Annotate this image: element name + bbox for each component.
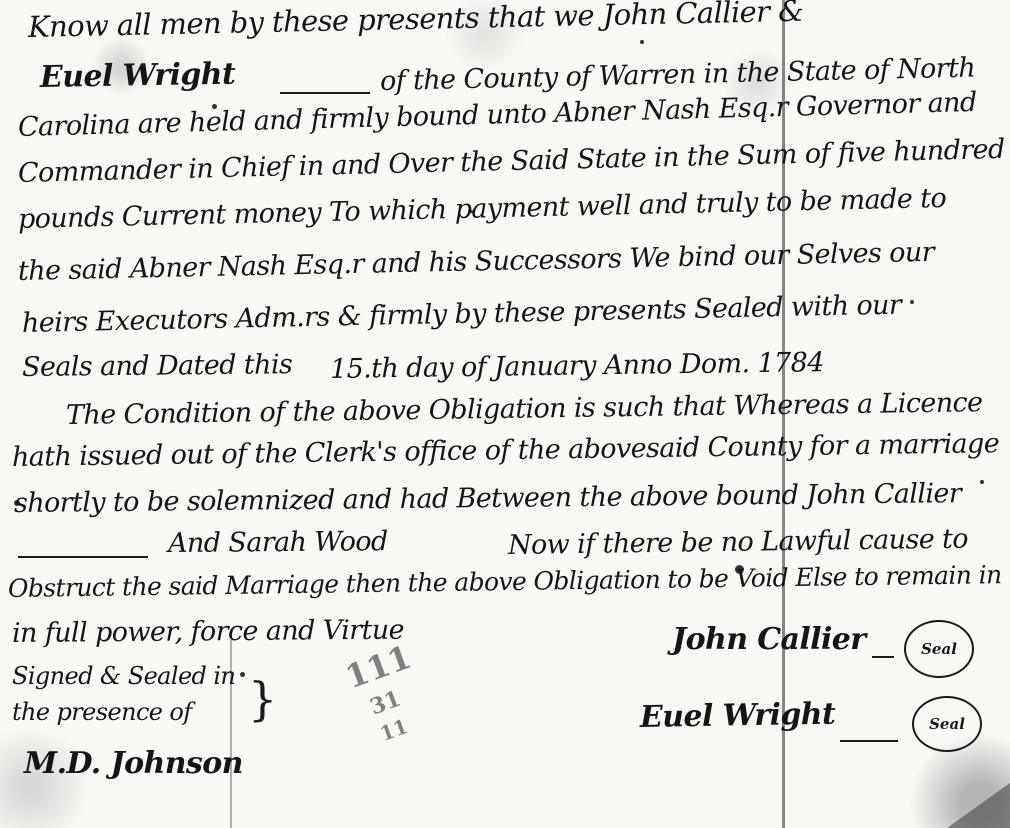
signature-dash — [840, 724, 898, 755]
text-line-6: the said Abner Nash Esq.r and his Succes… — [18, 237, 935, 287]
ink-speck — [980, 480, 984, 484]
condition-line-4: And Sarah Wood — [168, 526, 388, 559]
dash-left — [18, 540, 148, 571]
witness-signature: M.D. Johnson — [24, 746, 243, 781]
signature-euel-wright: Euel Wright — [640, 697, 836, 735]
signature-dash — [872, 640, 894, 671]
condition-line-1: The Condition of the above Obligation is… — [66, 387, 983, 431]
date-line: 15.th day of January Anno Dom. 1784 — [330, 347, 824, 385]
marginal-mark: 111 — [341, 638, 417, 697]
seal-icon: Seal — [912, 696, 982, 752]
signature-john-callier: John Callier — [672, 622, 865, 657]
ink-speck — [640, 40, 644, 44]
torn-corner — [920, 783, 1010, 828]
condition-line-3: shortly to be solemnized and had Between… — [14, 478, 961, 519]
condition-line-4b: Now if there be no Lawful cause to — [508, 524, 968, 561]
text-line-7: heirs Executors Adm.rs & firmly by these… — [22, 290, 902, 339]
condition-line-6: in full power, force and Virtue — [12, 615, 404, 649]
text-line-5: pounds Current money To which payment we… — [18, 183, 947, 235]
manuscript-page: Know all men by these presents that we J… — [0, 0, 1010, 828]
condition-line-2: hath issued out of the Clerk's office of… — [12, 428, 1000, 473]
text-line-4: Commander in Chief in and Over the Said … — [18, 134, 1005, 189]
brace-mark: } — [248, 672, 277, 726]
seal-icon: Seal — [904, 620, 974, 678]
text-line-8: Seals and Dated this — [22, 349, 292, 383]
marginal-mark: 11 — [377, 714, 411, 746]
witness-label-1: Signed & Sealed in — [12, 662, 235, 690]
text-line-1: Know all men by these presents that we J… — [28, 0, 804, 44]
condition-line-5: Obstruct the said Marriage then the abov… — [8, 560, 1002, 603]
text-line-3: Carolina are held and firmly bound unto … — [18, 87, 977, 143]
ink-speck — [240, 672, 245, 677]
ink-speck — [910, 300, 914, 304]
text-line-2-name: Euel Wright — [40, 57, 236, 95]
witness-label-2: the presence of — [12, 698, 192, 726]
